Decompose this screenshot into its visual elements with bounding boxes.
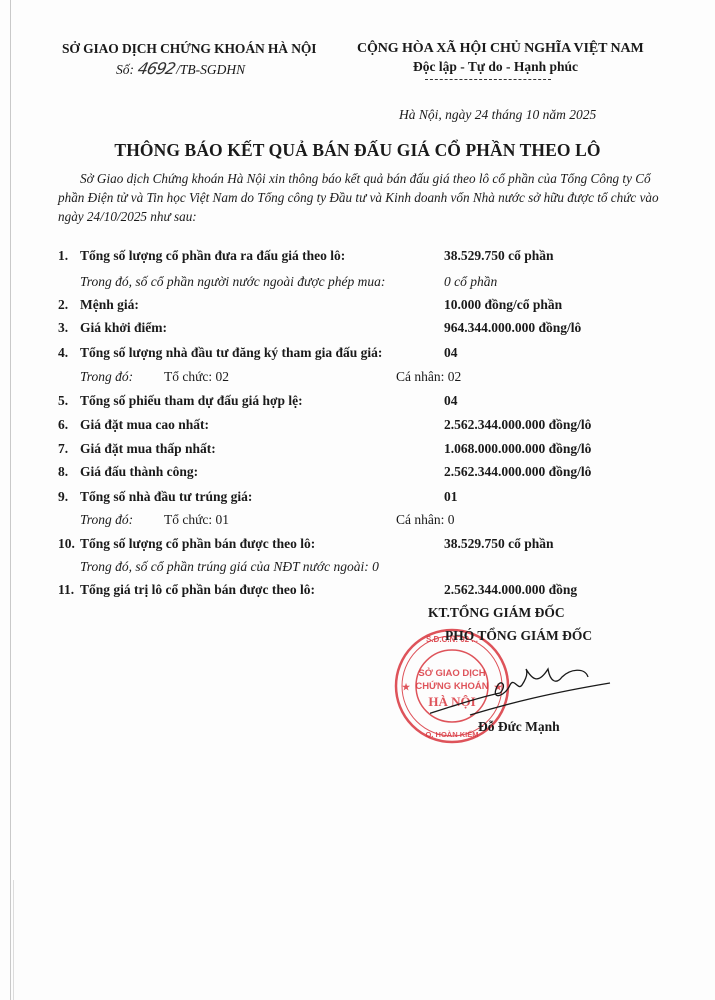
result-item: 7.Giá đặt mua thấp nhất:1.068.000.000.00… bbox=[58, 441, 678, 461]
organization-count: Tổ chức: 02 bbox=[164, 369, 229, 385]
document-number: Số: 4692/TB-SGDHN bbox=[116, 59, 245, 78]
svg-text:★: ★ bbox=[402, 682, 411, 692]
result-item: 5.Tổng số phiếu tham dự đấu giá hợp lệ:0… bbox=[58, 393, 678, 413]
item-value: 01 bbox=[444, 489, 458, 505]
result-item: 6.Giá đặt mua cao nhất:2.562.344.000.000… bbox=[58, 417, 678, 437]
item-value: 04 bbox=[444, 345, 458, 361]
document-number-suffix: /TB-SGDHN bbox=[176, 62, 245, 77]
issuing-organization: SỞ GIAO DỊCH CHỨNG KHOÁN HÀ NỘI bbox=[62, 41, 316, 57]
sub-item-row: Trong đó, số cổ phần người nước ngoài đư… bbox=[58, 274, 678, 294]
item-value: 10.000 đồng/cổ phần bbox=[444, 297, 562, 313]
item-label: Giá khởi điểm: bbox=[80, 320, 167, 336]
item-number: 5. bbox=[58, 393, 68, 409]
signatory-name: Đỗ Đức Mạnh bbox=[478, 719, 560, 735]
item-value: 964.344.000.000 đồng/lô bbox=[444, 320, 581, 336]
item-label: Tổng số lượng cổ phần đưa ra đấu giá the… bbox=[80, 248, 345, 264]
organization-count: Tổ chức: 01 bbox=[164, 512, 229, 528]
document-number-prefix: Số: bbox=[116, 62, 134, 77]
item-label: Giá đặt mua thấp nhất: bbox=[80, 441, 216, 457]
signatory-title: KT.TỔNG GIÁM ĐỐC bbox=[428, 605, 565, 621]
intro-text: Sở Giao dịch Chứng khoán Hà Nội xin thôn… bbox=[58, 171, 659, 224]
item-number: 6. bbox=[58, 417, 68, 433]
intro-paragraph: Sở Giao dịch Chứng khoán Hà Nội xin thôn… bbox=[58, 169, 678, 226]
item-value: 1.068.000.000.000 đồng/lô bbox=[444, 441, 591, 457]
item-number: 10. bbox=[58, 536, 75, 552]
signatory-subtitle: PHÓ TỔNG GIÁM ĐỐC bbox=[445, 628, 592, 644]
result-item: 11.Tổng giá trị lô cổ phần bán được theo… bbox=[58, 582, 678, 602]
item-number: 4. bbox=[58, 345, 68, 361]
item-value: 38.529.750 cổ phần bbox=[444, 536, 554, 552]
item-value: 0 cổ phần bbox=[444, 274, 497, 290]
breakdown-row: Trong đó:Tổ chức: 01Cá nhân: 0 bbox=[58, 512, 678, 532]
item-label: Mệnh giá: bbox=[80, 297, 139, 313]
scan-edge-line bbox=[13, 880, 14, 1000]
national-title: CỘNG HÒA XÃ HỘI CHỦ NGHĨA VIỆT NAM bbox=[357, 41, 644, 57]
motto-divider bbox=[425, 79, 551, 80]
item-label: Tổng giá trị lô cổ phần bán được theo lô… bbox=[80, 582, 315, 598]
item-number: 8. bbox=[58, 464, 68, 480]
item-label: Giá đấu thành công: bbox=[80, 464, 198, 480]
individual-count: Cá nhân: 02 bbox=[396, 369, 461, 385]
item-value: 38.529.750 cổ phần bbox=[444, 248, 554, 264]
item-value: 04 bbox=[444, 393, 458, 409]
result-item: 10.Tổng số lượng cổ phần bán được theo l… bbox=[58, 536, 678, 556]
item-value: 2.562.344.000.000 đồng/lô bbox=[444, 464, 591, 480]
item-label: Tổng số lượng nhà đầu tư đăng ký tham gi… bbox=[80, 345, 382, 361]
result-item: 1.Tổng số lượng cổ phần đưa ra đấu giá t… bbox=[58, 248, 678, 268]
item-number: 3. bbox=[58, 320, 68, 336]
item-number: 9. bbox=[58, 489, 68, 505]
item-number: 7. bbox=[58, 441, 68, 457]
breakdown-row: Trong đó:Tổ chức: 02Cá nhân: 02 bbox=[58, 369, 678, 389]
place-date: Hà Nội, ngày 24 tháng 10 năm 2025 bbox=[399, 107, 596, 123]
national-motto: Độc lập - Tự do - Hạnh phúc bbox=[413, 59, 578, 75]
item-value: 2.562.344.000.000 đồng/lô bbox=[444, 417, 591, 433]
item-label: Tổng số phiếu tham dự đấu giá hợp lệ: bbox=[80, 393, 303, 409]
item-label: Giá đặt mua cao nhất: bbox=[80, 417, 209, 433]
item-label: Tổng số nhà đầu tư trúng giá: bbox=[80, 489, 252, 505]
result-item: 8.Giá đấu thành công:2.562.344.000.000 đ… bbox=[58, 464, 678, 484]
result-item: 4.Tổng số lượng nhà đầu tư đăng ký tham … bbox=[58, 345, 678, 365]
item-number: 11. bbox=[58, 582, 74, 598]
item-number: 2. bbox=[58, 297, 68, 313]
result-item: 3.Giá khởi điểm:964.344.000.000 đồng/lô bbox=[58, 320, 678, 340]
result-item: 2.Mệnh giá:10.000 đồng/cổ phần bbox=[58, 297, 678, 317]
sub-item-row: Trong đó, số cổ phần trúng giá của NĐT n… bbox=[58, 559, 678, 579]
document-title: THÔNG BÁO KẾT QUẢ BÁN ĐẤU GIÁ CỔ PHẦN TH… bbox=[0, 140, 715, 161]
item-value: 2.562.344.000.000 đồng bbox=[444, 582, 577, 598]
item-label: Trong đó: bbox=[80, 512, 133, 528]
individual-count: Cá nhân: 0 bbox=[396, 512, 455, 528]
item-label: Trong đó, số cổ phần người nước ngoài đư… bbox=[80, 274, 385, 290]
item-label: Trong đó, số cổ phần trúng giá của NĐT n… bbox=[80, 559, 379, 575]
result-item: 9.Tổng số nhà đầu tư trúng giá:01 bbox=[58, 489, 678, 509]
item-label: Tổng số lượng cổ phần bán được theo lô: bbox=[80, 536, 315, 552]
item-label: Trong đó: bbox=[80, 369, 133, 385]
item-number: 1. bbox=[58, 248, 68, 264]
document-number-handwritten: 4692 bbox=[136, 59, 177, 78]
